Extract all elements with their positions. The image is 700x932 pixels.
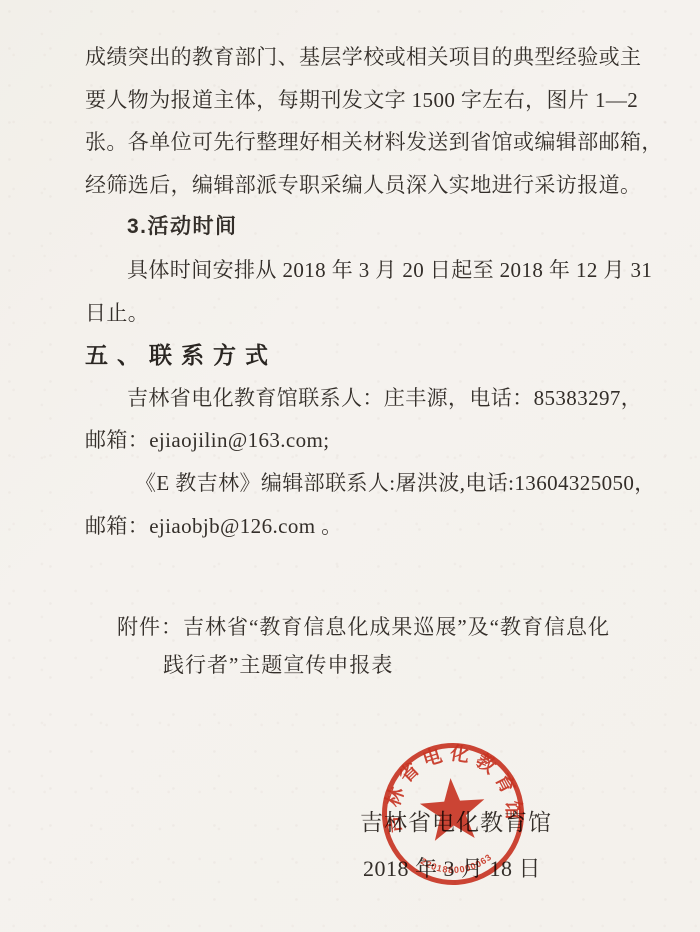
body-line: 成绩突出的教育部门、基层学校或相关项目的典型经验或主 [85, 36, 655, 79]
subsection-heading-activity-time: 3.活动时间 [85, 206, 655, 249]
scanned-document-page: 成绩突出的教育部门、基层学校或相关项目的典型经验或主 要人物为报道主体，每期刊发… [0, 0, 700, 932]
attachment-line: 附件：吉林省“教育信息化成果巡展”及“教育信息化 [117, 608, 610, 646]
attachment-line: 践行者”主题宣传申报表 [117, 646, 610, 684]
red-star-icon [418, 776, 487, 842]
attachment-note: 附件：吉林省“教育信息化成果巡展”及“教育信息化 践行者”主题宣传申报表 [117, 608, 610, 684]
contact-line: 吉林省电化教育馆联系人：庄丰源，电话：85383297， [85, 377, 655, 420]
body-line: 张。各单位可先行整理好相关材料发送到省馆或编辑部邮箱， [85, 121, 655, 164]
body-line: 具体时间安排从 2018 年 3 月 20 日起至 2018 年 12 月 31 [85, 249, 655, 292]
body-line: 要人物为报道主体，每期刊发文字 1500 字左右，图片 1—2 [85, 79, 655, 122]
official-seal-stamp: 吉林省电化教育馆 2201880000063 [361, 722, 545, 906]
email-line: 邮箱：ejiaojilin@163.com; [85, 419, 655, 462]
contact-line: 《E 教吉林》编辑部联系人:屠洪波,电话:13604325050， [85, 462, 655, 505]
body-line: 经筛选后，编辑部派专职采编人员深入实地进行采访报道。 [85, 164, 655, 207]
body-line: 日止。 [85, 292, 655, 335]
email-line: 邮箱：ejiaobjb@126.com 。 [85, 505, 655, 548]
section-heading-contact: 五、联系方式 [85, 334, 655, 377]
document-body: 成绩突出的教育部门、基层学校或相关项目的典型经验或主 要人物为报道主体，每期刊发… [85, 36, 655, 547]
